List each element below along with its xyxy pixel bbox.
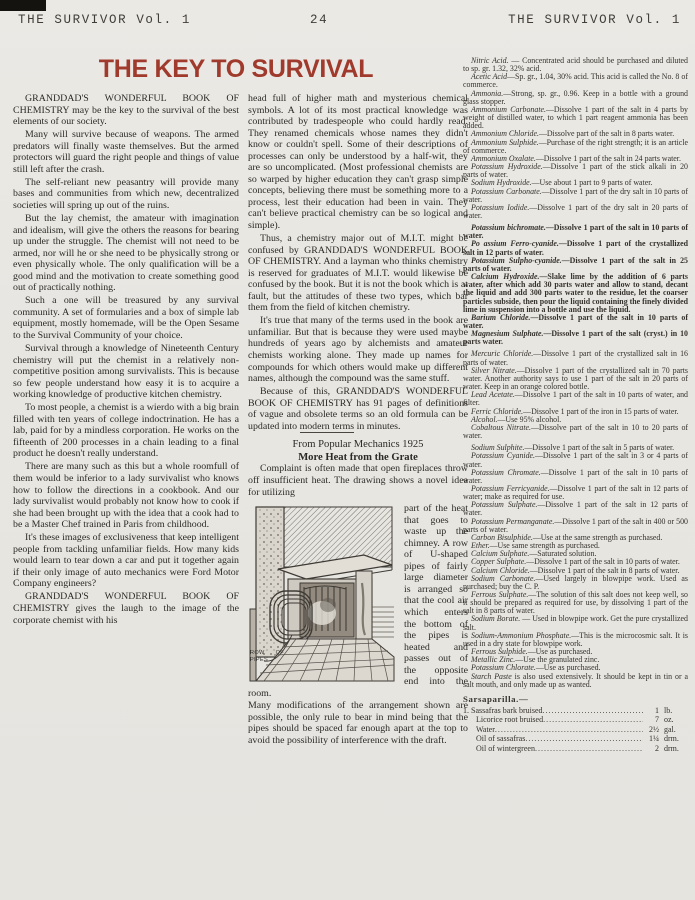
chemical-entry: Starch Paste is also used extensively. I…: [463, 673, 688, 689]
feature-intro: Complaint is often made that open firepl…: [248, 463, 468, 498]
chemical-entry: Lead Acetate.—Dissolve 1 part of the sal…: [463, 391, 688, 407]
chemical-entry: Potassium Hydroxide.—Dissolve 1 part of …: [463, 163, 688, 179]
middle-column: head full of higher math and mysterious …: [248, 93, 468, 747]
chemical-entry: Potassium Sulphate.—Dissolve 1 part of t…: [463, 501, 688, 517]
chemical-name: Sodium Borate.: [471, 614, 520, 623]
middle-column-paragraphs: head full of higher math and mysterious …: [248, 93, 468, 432]
dot-leader: [543, 706, 643, 715]
chemical-entry: Mercuric Chloride.—Dissolve 1 part of th…: [463, 350, 688, 366]
chemical-name: Mercuric Chloride.: [471, 349, 533, 358]
chemical-name: Starch Paste: [471, 672, 512, 681]
chemical-entry: Sodium Borate. — Used in blowpipe work. …: [463, 615, 688, 631]
ingredient-name: Licorice root bruised: [476, 715, 543, 724]
ingredient-quantity: 2: [643, 744, 659, 753]
chemical-name: Potassium Ferricyanide.: [471, 484, 550, 493]
chemical-name: Potassium Chromate.: [471, 468, 541, 477]
sarsaparilla-heading: Sarsaparilla.—: [463, 695, 688, 703]
chemical-entry: Po assium Ferro-cyanide.—Dissolve 1 part…: [463, 240, 688, 256]
chemical-name: Ammonium Sulphide.: [471, 138, 539, 147]
ingredient-quantity: 7: [643, 715, 659, 724]
ingredient-row: Water2½gal.: [463, 725, 688, 734]
chemical-entry: Nitric Acid. — Concentrated acid should …: [463, 57, 688, 73]
chemical-name: Barium Chloride.: [471, 313, 530, 322]
middle-paragraph-4: Because of this, GRANDDAD'S WONDERFUL BO…: [248, 386, 468, 432]
running-header: THE SURVIVOR Vol. 1 24 THE SURVIVOR Vol.…: [0, 13, 695, 31]
chemical-name: Potassium Sulpho-cyanide.: [471, 256, 562, 265]
chemical-solutions-list: Nitric Acid. — Concentrated acid should …: [463, 57, 688, 689]
chemical-entry: Potassium Sulpho-cyanide.—Dissolve 1 par…: [463, 257, 688, 273]
chemical-entry: Potassium Iodide.—Dissolve 1 part of the…: [463, 204, 688, 220]
figure-label: ROW OF PIPES: [250, 650, 284, 663]
dot-leader: [535, 744, 643, 753]
chemical-entry: Silver Nitrate.—Dissolve 1 part of the c…: [463, 367, 688, 391]
ingredient-row: Oil of sassafras1¼drm.: [463, 734, 688, 743]
ingredient-unit: drm.: [659, 734, 688, 743]
chemical-name: Nitric Acid.: [471, 56, 509, 65]
chemical-name: Magnesium Sulphate.: [471, 329, 543, 338]
chemical-name: Potassium Carbonate.: [471, 187, 542, 196]
chemical-name: Silver Nitrate.: [471, 366, 517, 375]
chemical-name: Cobaltous Nitrate.: [471, 423, 531, 432]
ingredient-name: 1. Sassafras bark bruised: [463, 706, 543, 715]
dot-leader: [543, 715, 643, 724]
chemical-entry: Ammonia.—Strong, sp. gr., 0.96. Keep in …: [463, 90, 688, 106]
page-number: 24: [310, 13, 328, 27]
ingredient-unit: lb.: [659, 706, 688, 715]
chemical-name: Potassium Cyanide.: [471, 451, 535, 460]
feature-subheading: From Popular Mechanics 1925 More Heat fr…: [248, 439, 468, 463]
chemical-name: Sodium Carbonate.: [471, 574, 535, 583]
ingredient-row: Oil of wintergreen2drm.: [463, 744, 688, 753]
ingredient-row: 1. Sassafras bark bruised1lb.: [463, 706, 688, 715]
chemical-name: Po assium Ferro-cyanide.: [471, 239, 559, 248]
header-left-title: THE SURVIVOR Vol. 1: [18, 13, 191, 27]
ingredient-quantity: 1¼: [643, 734, 659, 743]
underlined-phrase: modern terms: [300, 421, 355, 433]
chemical-entry: Barium Chloride.—Dissolve 1 part of the …: [463, 314, 688, 330]
chemical-name: Lead Acetate.: [471, 390, 515, 399]
feature-closing: Many modifications of the arrangement sh…: [248, 700, 468, 746]
header-right-title: THE SURVIVOR Vol. 1: [508, 13, 681, 27]
left-paragraph-4: But the lay chemist, the amateur with im…: [13, 213, 239, 294]
ingredient-name: Water: [476, 725, 495, 734]
left-paragraph-1: GRANDDAD'S WONDERFUL BOOK OF CHEMISTRY m…: [13, 93, 239, 128]
page-title: THE KEY TO SURVIVAL: [10, 55, 462, 84]
chemical-entry: Magnesium Sulphate.—Dissolve 1 part of t…: [463, 330, 688, 346]
left-paragraph-3: The self-reliant new peasantry will prov…: [13, 177, 239, 212]
scan-artifact-mark: [0, 0, 46, 11]
chemical-name: Calcium Hydroxide.: [471, 272, 539, 281]
chemical-name: Potassium Hydroxide.: [471, 162, 543, 171]
ingredient-row: Licorice root bruised7oz.: [463, 715, 688, 724]
chemical-entry: Ferrous Sulphate.—The solution of this s…: [463, 591, 688, 615]
chemical-entry: Acetic Acid—Sp. gr., 1.04, 30% acid. Thi…: [463, 73, 688, 89]
chemical-entry: Potassium Chromate.—Dissolve 1 part of t…: [463, 469, 688, 485]
chemical-name: Potassium Permanganate.: [471, 517, 554, 526]
feature-title: More Heat from the Grate: [248, 452, 468, 464]
chemical-entry: Sodium Carbonate.—Used largely in blowpi…: [463, 575, 688, 591]
ingredient-unit: gal.: [659, 725, 688, 734]
ingredient-unit: drm.: [659, 744, 688, 753]
chemical-entry: Ammonium Sulphide.—Purchase of the right…: [463, 139, 688, 155]
chemical-entry: Ammonium Carbonate.—Dissolve 1 part of t…: [463, 106, 688, 130]
left-paragraph-10: GRANDDAD'S WONDERFUL BOOK OF CHEMISTRY g…: [13, 591, 239, 626]
right-column: Nitric Acid. — Concentrated acid should …: [463, 57, 688, 753]
left-paragraph-5: Such a one will be treasured by any surv…: [13, 295, 239, 341]
chemical-entry: Sodium-Ammonium Phosphate.—This is the m…: [463, 632, 688, 648]
ingredient-quantity: 2½: [643, 725, 659, 734]
chemical-entry: Potassium Cyanide.—Dissolve 1 part of th…: [463, 452, 688, 468]
sarsaparilla-section: Sarsaparilla.— 1. Sassafras bark bruised…: [463, 695, 688, 753]
chemical-name: Potassium Iodide.: [471, 203, 529, 212]
ingredient-name: Oil of wintergreen: [476, 744, 535, 753]
left-paragraph-9: It's these images of exclusiveness that …: [13, 532, 239, 590]
chemical-name: Potassium Sulphate.: [471, 500, 537, 509]
scanned-page: THE SURVIVOR Vol. 1 24 THE SURVIVOR Vol.…: [0, 0, 695, 900]
ingredient-quantity: 1: [643, 706, 659, 715]
chemical-entry: Cobaltous Nitrate.—Dissolve part of the …: [463, 424, 688, 440]
middle-paragraph-2: Thus, a chemistry major out of M.I.T. mi…: [248, 233, 468, 314]
left-paragraph-6: Survival through a knowledge of Nineteen…: [13, 343, 239, 401]
feature-figure-block: ROW OF PIPES part of the heat that goes …: [248, 503, 468, 746]
chemical-entry: Potassium Ferricyanide.—Dissolve 1 part …: [463, 485, 688, 501]
left-paragraph-2: Many will survive because of weapons. Th…: [13, 129, 239, 175]
chemical-entry: Calcium Hydroxide.—Slake lime by the add…: [463, 273, 688, 314]
left-paragraph-7: To most people, a chemist is a wierdo wi…: [13, 402, 239, 460]
chemical-name: Ferrous Sulphate.: [471, 590, 528, 599]
dot-leader: [495, 725, 643, 734]
dot-leader: [525, 734, 643, 743]
middle-paragraph-1: head full of higher math and mysterious …: [248, 93, 468, 232]
chemical-name: Potassium bichromate.: [471, 223, 546, 232]
middle-paragraph-3: It's true that many of the terms used in…: [248, 315, 468, 384]
left-paragraph-8: There are many such as this but a whole …: [13, 461, 239, 530]
chemical-entry: Potassium bichromate.—Dissolve 1 part of…: [463, 224, 688, 240]
chemical-name: Acetic Acid: [471, 72, 507, 81]
left-column: GRANDDAD'S WONDERFUL BOOK OF CHEMISTRY m…: [13, 93, 239, 628]
sarsaparilla-ingredients: 1. Sassafras bark bruised1lb.Licorice ro…: [463, 706, 688, 753]
ingredient-unit: oz.: [659, 715, 688, 724]
feature-source: From Popular Mechanics 1925: [248, 439, 468, 451]
chemical-name: Sodium-Ammonium Phosphate.: [471, 631, 571, 640]
ingredient-name: Oil of sassafras: [476, 734, 525, 743]
fireplace-illustration: ROW OF PIPES: [248, 505, 398, 685]
chemical-name: Ammonium Carbonate.: [471, 105, 546, 114]
chemical-entry: Potassium Permanganate.—Dissolve 1 part …: [463, 518, 688, 534]
chemical-name: Ammonia.: [471, 89, 503, 98]
chemical-entry: Potassium Carbonate.—Dissolve 1 part of …: [463, 188, 688, 204]
